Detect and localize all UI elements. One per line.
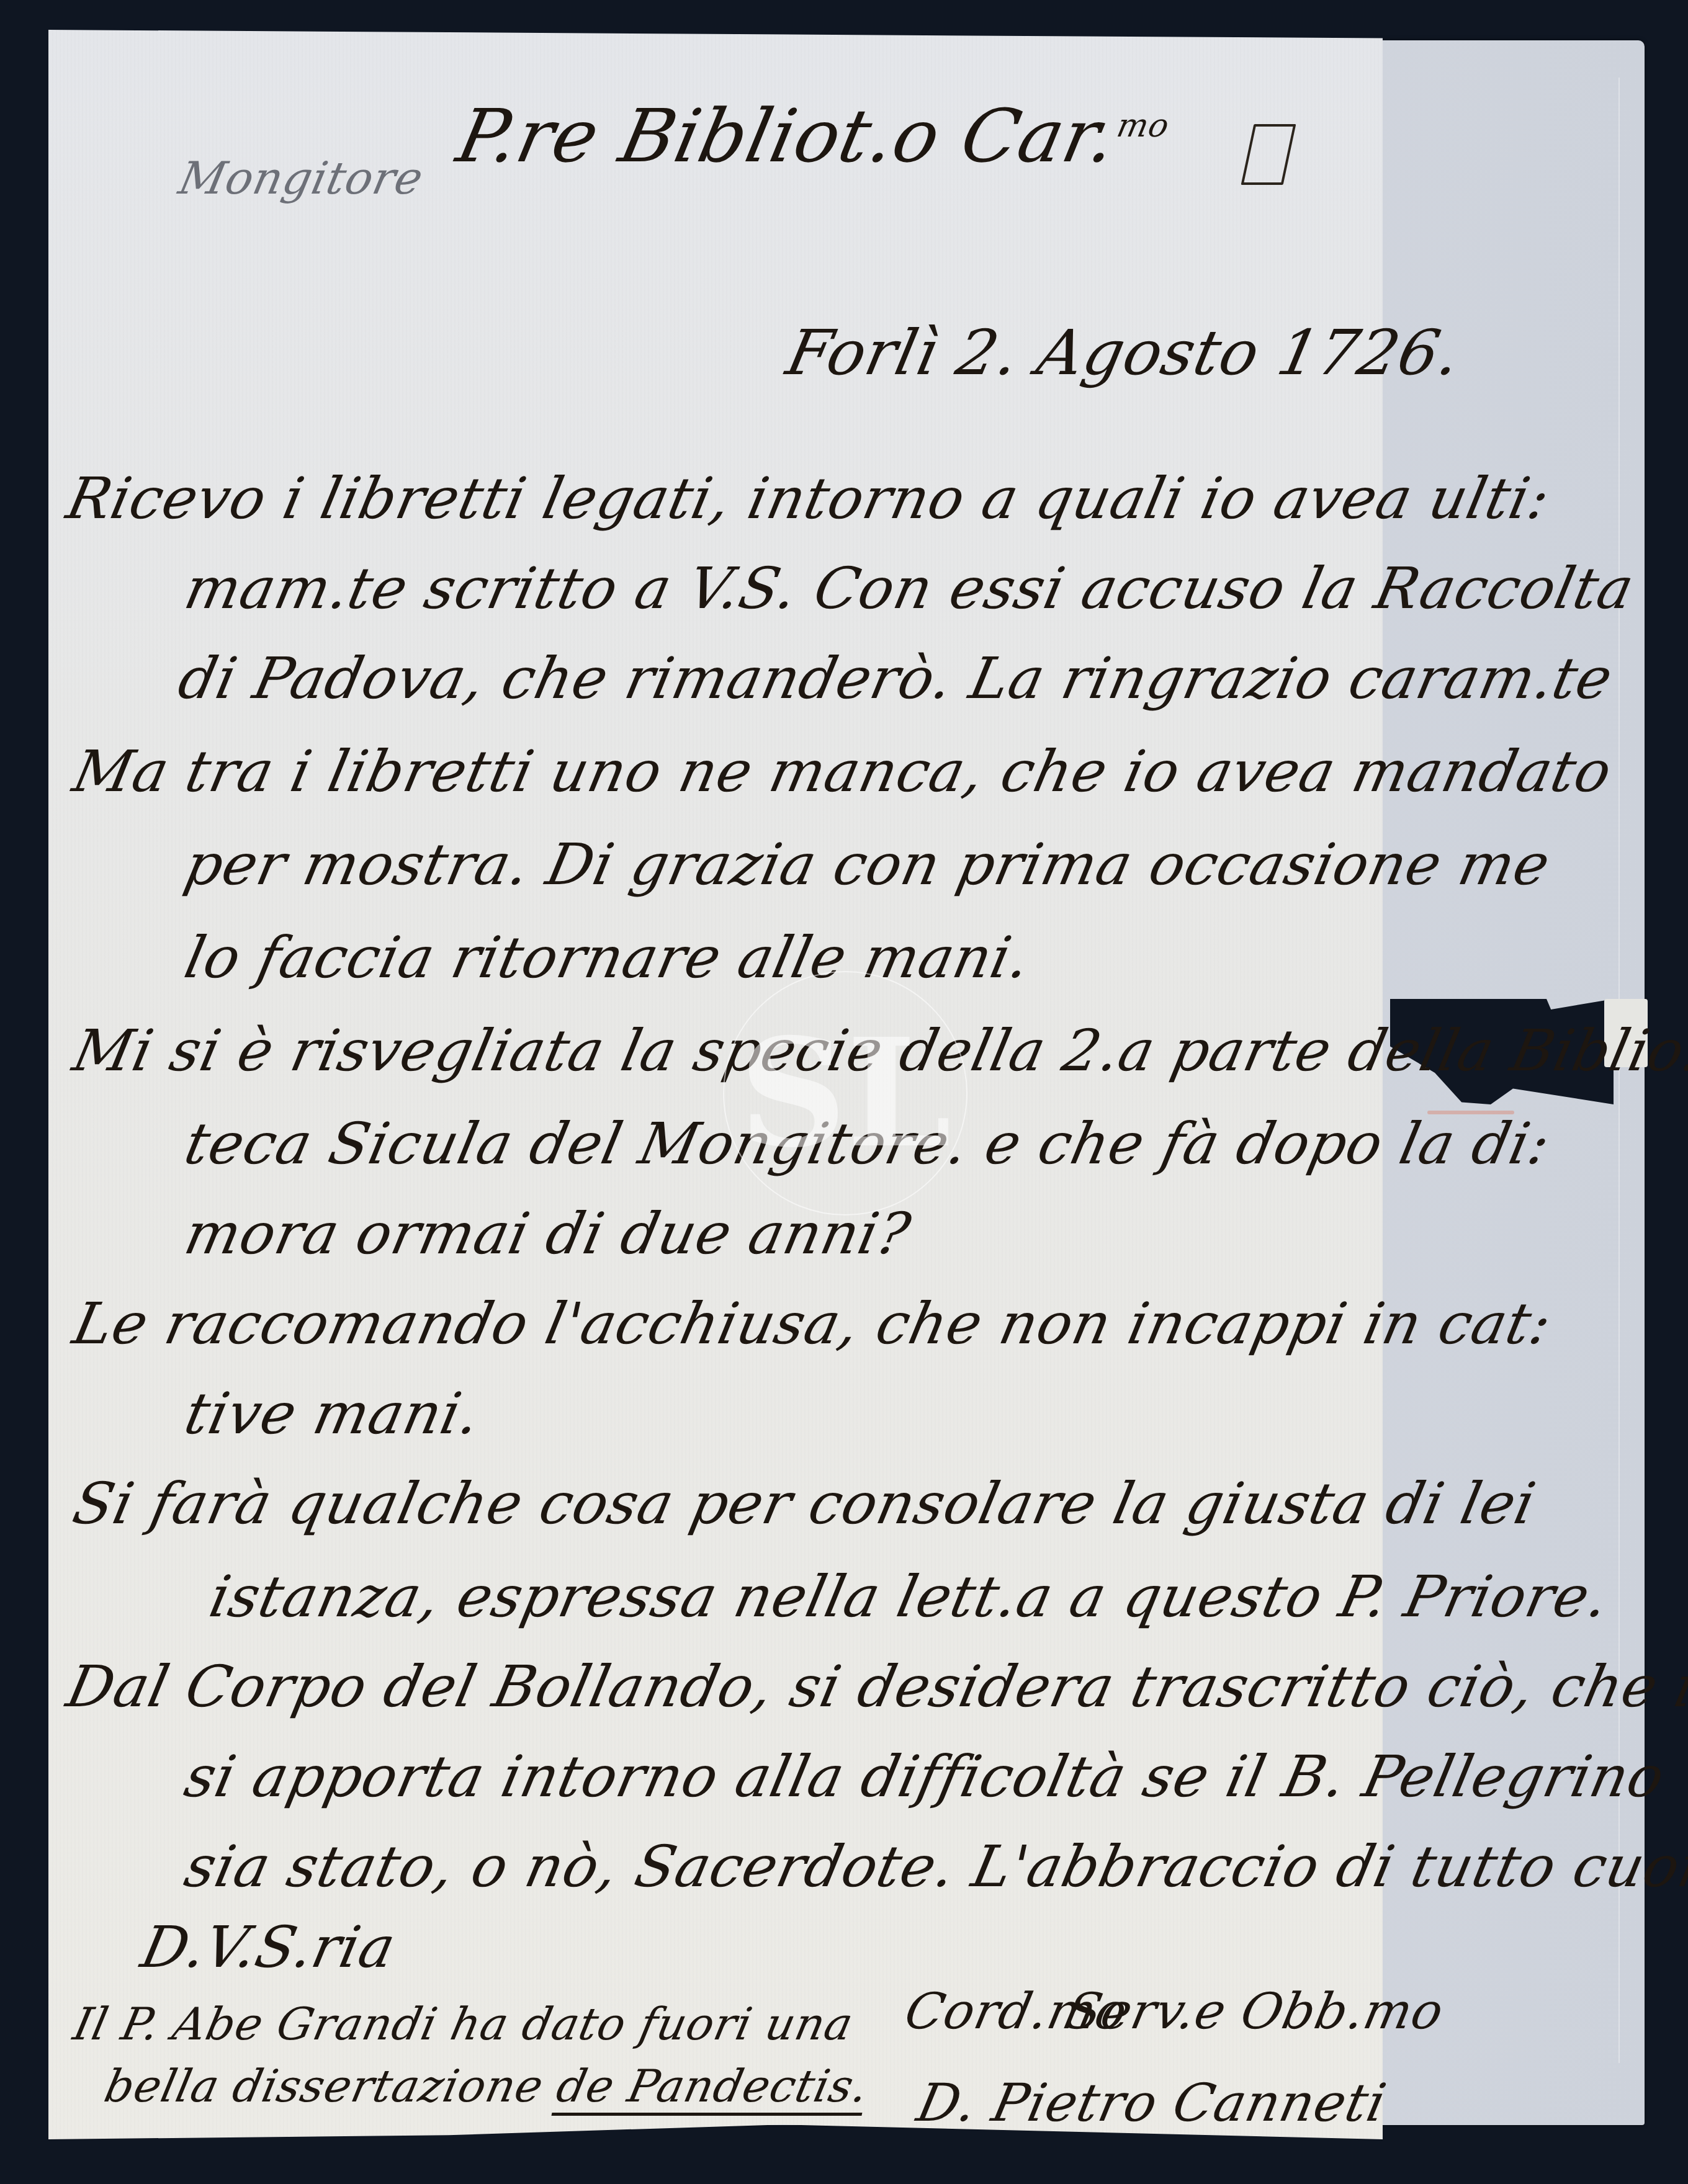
body-line: di Padova, che rimanderò. La ringrazio c… [173,645,1618,712]
closing-initials: D.V.S.ria [136,1914,402,1980]
body-line: mora ormai di due anni? [179,1201,917,1267]
salutation-text: P.re Bibliot.o Car. [450,93,1125,179]
body-line: mam.te scritto a V.S. Con essi accuso la… [179,555,1640,622]
body-line: Dal Corpo del Bollando, si desidera tras… [61,1654,1688,1720]
body-line: istanza, espressa nella lett.a a questo … [204,1564,1615,1630]
dateline: Forlì 2. Agosto 1726. [781,316,1468,389]
body-line: Ma tra i libretti uno ne manca, che io a… [68,738,1618,805]
body-line: Mi si è risvegliata la specie della 2.a … [68,1018,1688,1084]
body-line: tive mani. [179,1381,487,1447]
pencil-annotation: Mongitore [174,152,428,204]
body-line: lo faccia ritornare alle mani. [179,924,1036,991]
body-line: Si farà qualche cosa per consolare la gi… [68,1470,1542,1537]
body-line: Le raccomando l'acchiusa, che non incapp… [68,1291,1558,1357]
postscript-line-1: Il P. Abe Grandi ha dato fuori una [69,1998,858,2050]
body-line: teca Sicula del Mongitore. e che fà dopo… [179,1111,1556,1177]
body-line: sia stato, o nò, Sacerdote. L'abbraccio … [179,1833,1688,1900]
postscript-text: bella dissertazione [100,2060,549,2112]
complimentary-close-2: Serv.e Obb.mo [1061,1982,1449,2040]
postscript-line-2: bella dissertazione de Pandectis. [100,2060,873,2112]
signature: D. Pietro Canneti [912,2072,1392,2133]
body-line: Ricevo i libretti legati, intorno a qual… [61,465,1556,532]
salutation: P.re Bibliot.o Car.mo [450,93,1175,179]
body-line: per mostra. Di grazia con prima occasion… [179,831,1556,898]
postscript-title-underlined: de Pandectis. [552,2060,874,2112]
salutation-superscript: mo [1113,107,1172,145]
body-line: si apporta intorno alla difficoltà se il… [179,1743,1671,1810]
